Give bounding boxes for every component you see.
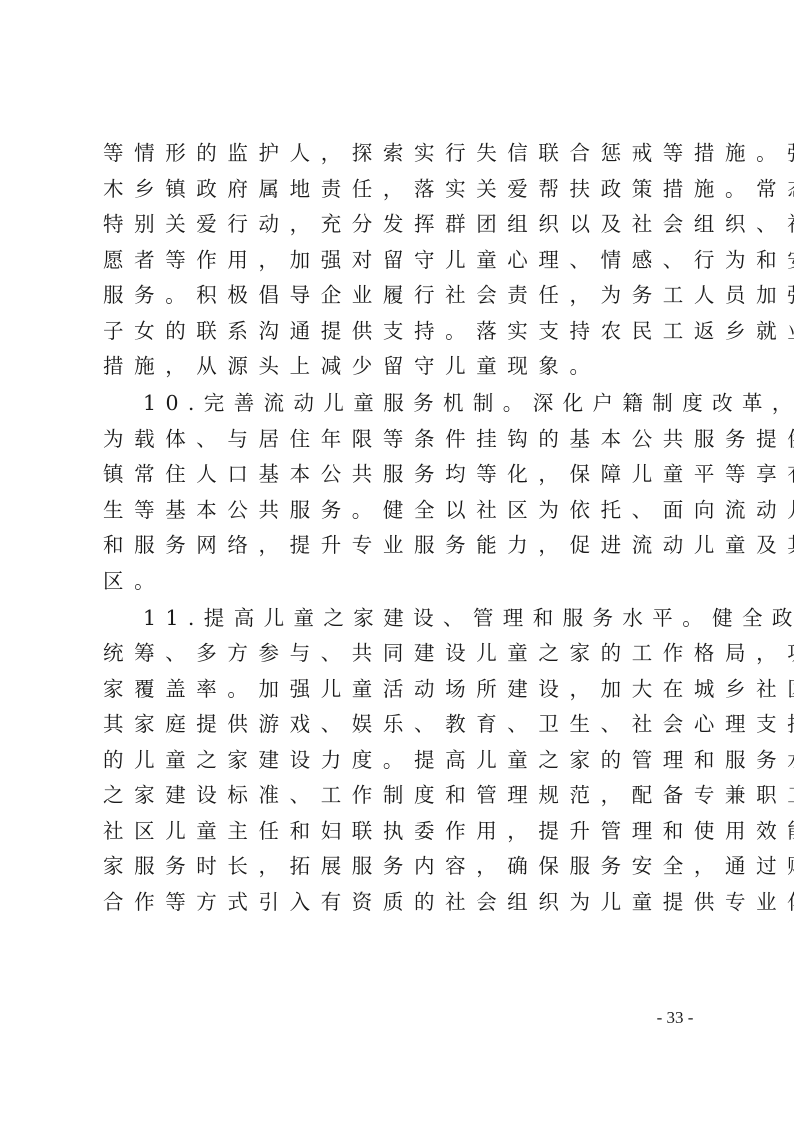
text-line: 之家建设标准、工作制度和管理规范，配备专兼职工作人员，发挥 [103,778,697,814]
text-line: 生等基本公共服务。健全以社区为依托、面向流动儿童家庭的管理 [103,493,697,529]
item-heading-line: 10.完善流动儿童服务机制。深化户籍制度改革，健全以居住证 [103,386,697,422]
text-line: 统筹、多方参与、共同建设儿童之家的工作格局，巩固提高儿童之 [103,636,697,672]
text-line: 的儿童之家建设力度。提高儿童之家的管理和服务水平，完善儿童 [103,743,697,779]
text-line: 服务。积极倡导企业履行社会责任，为务工人员加强与留守未成年 [103,278,697,314]
text-line: 合作等方式引入有资质的社会组织为儿童提供专业化、精细化服 [103,885,697,921]
text-line: 和服务网络，提升专业服务能力，促进流动儿童及其家庭融入社 [103,528,697,564]
document-page: 等情形的监护人，探索实行失信联合惩戒等措施。强化旗县区、苏 木乡镇政府属地责任，… [0,0,794,1122]
text-line: 为载体、与居住年限等条件挂钩的基本公共服务提供机制，推进城 [103,422,697,458]
body-text: 等情形的监护人，探索实行失信联合惩戒等措施。强化旗县区、苏 木乡镇政府属地责任，… [103,136,697,920]
text-line: 镇常住人口基本公共服务均等化，保障儿童平等享有教育、医疗卫 [103,457,697,493]
item-heading-line: 11.提高儿童之家建设、管理和服务水平。健全政府主导、部门 [103,601,697,637]
text-line: 愿者等作用，加强对留守儿童心理、情感、行为和安全自护的指导 [103,243,697,279]
text-line: 措施，从源头上减少留守儿童现象。 [103,349,697,385]
paragraph-item-10: 10.完善流动儿童服务机制。深化户籍制度改革，健全以居住证 为载体、与居住年限等… [103,386,697,599]
paragraph-continuation: 等情形的监护人，探索实行失信联合惩戒等措施。强化旗县区、苏 木乡镇政府属地责任，… [103,136,697,385]
text-line: 家服务时长，拓展服务内容，确保服务安全，通过购买服务、项目 [103,849,697,885]
text-line: 子女的联系沟通提供支持。落实支持农民工返乡就业创业相关政策 [103,314,697,350]
text-line: 社区儿童主任和妇联执委作用，提升管理和使用效能。保证儿童之 [103,814,697,850]
text-line: 木乡镇政府属地责任，落实关爱帮扶政策措施。常态化开展寒暑假 [103,172,697,208]
text-line: 等情形的监护人，探索实行失信联合惩戒等措施。强化旗县区、苏 [103,136,697,172]
text-line: 特别关爱行动，充分发挥群团组织以及社会组织、社会工作者、志 [103,207,697,243]
paragraph-item-11: 11.提高儿童之家建设、管理和服务水平。健全政府主导、部门 统筹、多方参与、共同… [103,601,697,921]
text-line: 家覆盖率。加强儿童活动场所建设，加大在城乡社区建立为儿童及 [103,672,697,708]
text-line: 其家庭提供游戏、娱乐、教育、卫生、社会心理支持和转介等服务 [103,707,697,743]
text-line: 区。 [103,564,697,600]
page-number: - 33 - [645,1008,705,1028]
